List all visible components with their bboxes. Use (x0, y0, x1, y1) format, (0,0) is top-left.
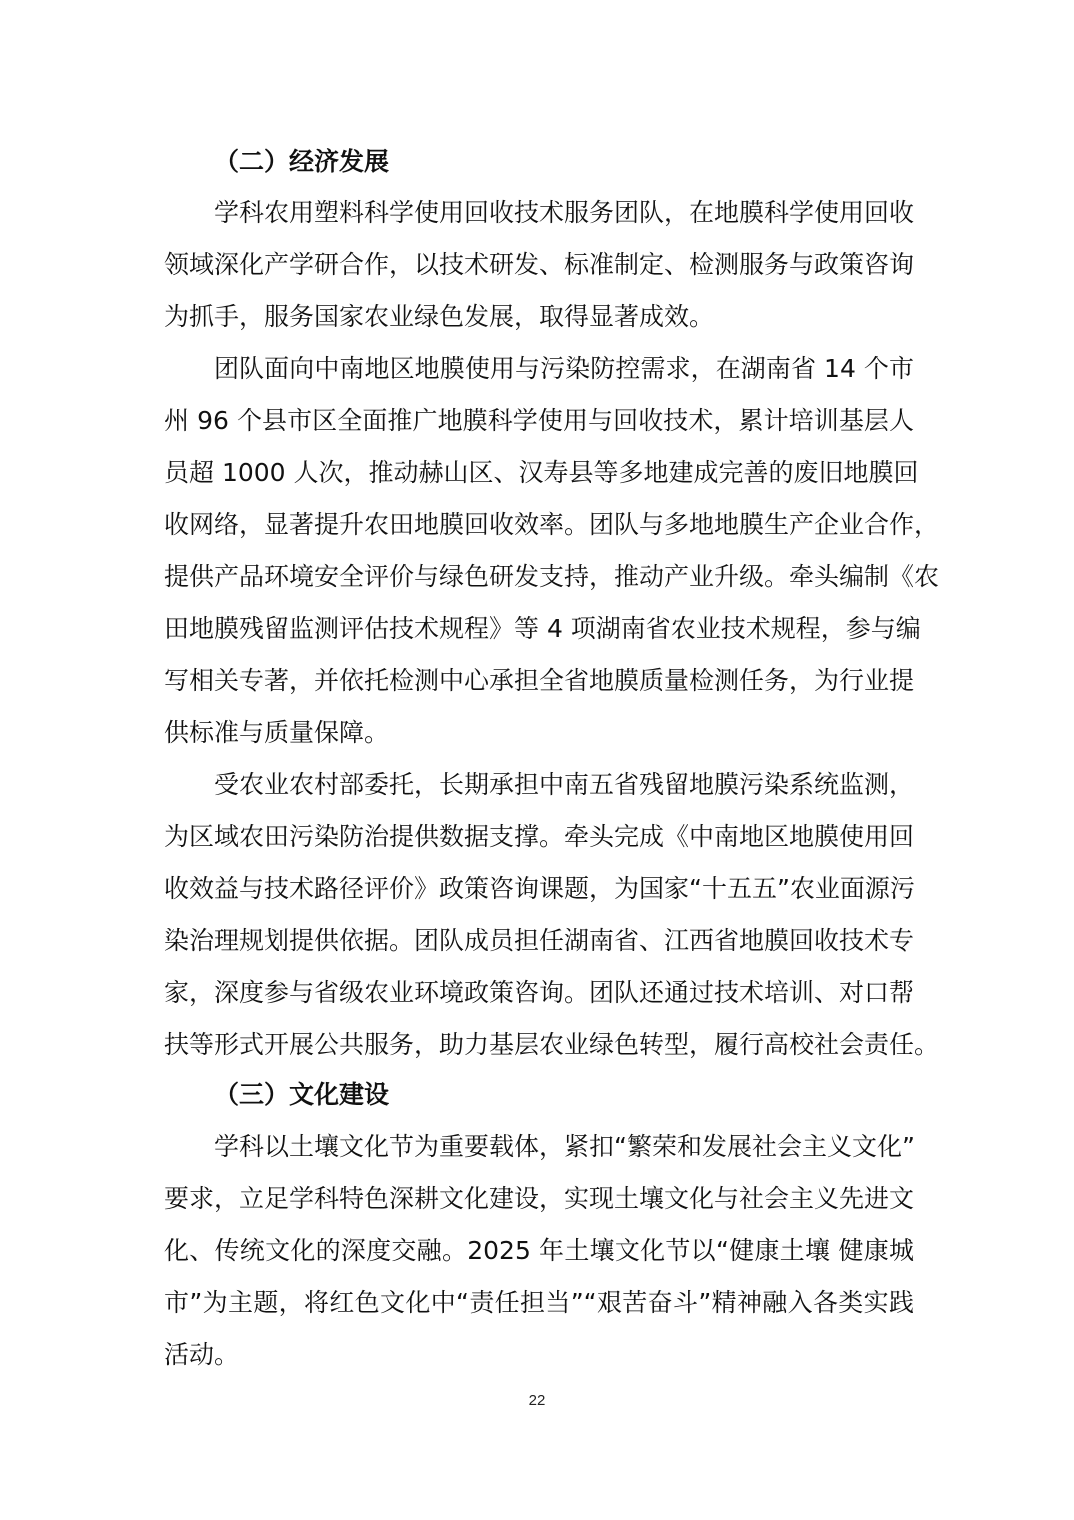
section-heading-culture: （三）文化建设 (214, 1080, 389, 1110)
text-line: 要求，立足学科特色深耕文化建设，实现土壤文化与社会主义先进文 (164, 1184, 914, 1214)
page-number: 22 (0, 1392, 1074, 1409)
document-page: （二）经济发展 学科农用塑料科学使用回收技术服务团队，在地膜科学使用回收 领域深… (0, 0, 1074, 1520)
text-line: 学科以土壤文化节为重要载体，紧扣“繁荣和发展社会主义文化” (214, 1132, 914, 1162)
text-line: 扶等形式开展公共服务，助力基层农业绿色转型，履行高校社会责任。 (164, 1030, 914, 1060)
section-heading-economic: （二）经济发展 (214, 147, 389, 177)
text-line: 团队面向中南地区地膜使用与污染防控需求，在湖南省 14 个市 (214, 354, 914, 384)
text-line: 受农业农村部委托，长期承担中南五省残留地膜污染系统监测， (214, 770, 914, 800)
text-line: 家，深度参与省级农业环境政策咨询。团队还通过技术培训、对口帮 (164, 978, 914, 1008)
text-line: 收网络，显著提升农田地膜回收效率。团队与多地地膜生产企业合作， (164, 510, 914, 540)
text-line: 市”为主题，将红色文化中“责任担当”“艰苦奋斗”精神融入各类实践 (164, 1288, 914, 1318)
text-line: 学科农用塑料科学使用回收技术服务团队，在地膜科学使用回收 (214, 198, 914, 228)
text-line: 活动。 (164, 1340, 914, 1370)
text-line: 供标准与质量保障。 (164, 718, 914, 748)
text-line: 染治理规划提供依据。团队成员担任湖南省、江西省地膜回收技术专 (164, 926, 914, 956)
text-line: 员超 1000 人次，推动赫山区、汉寿县等多地建成完善的废旧地膜回 (164, 458, 914, 488)
text-line: 写相关专著，并依托检测中心承担全省地膜质量检测任务，为行业提 (164, 666, 914, 696)
text-line: 收效益与技术路径评价》政策咨询课题，为国家“十五五”农业面源污 (164, 874, 914, 904)
text-line: 为区域农田污染防治提供数据支撑。牵头完成《中南地区地膜使用回 (164, 822, 914, 852)
text-line: 为抓手，服务国家农业绿色发展，取得显著成效。 (164, 302, 914, 332)
text-line: 田地膜残留监测评估技术规程》等 4 项湖南省农业技术规程，参与编 (164, 614, 914, 644)
text-line: 化、传统文化的深度交融。2025 年土壤文化节以“健康土壤 健康城 (164, 1236, 914, 1266)
text-line: 州 96 个县市区全面推广地膜科学使用与回收技术，累计培训基层人 (164, 406, 914, 436)
text-line: 提供产品环境安全评价与绿色研发支持，推动产业升级。牵头编制《农 (164, 562, 914, 592)
text-line: 领域深化产学研合作，以技术研发、标准制定、检测服务与政策咨询 (164, 250, 914, 280)
